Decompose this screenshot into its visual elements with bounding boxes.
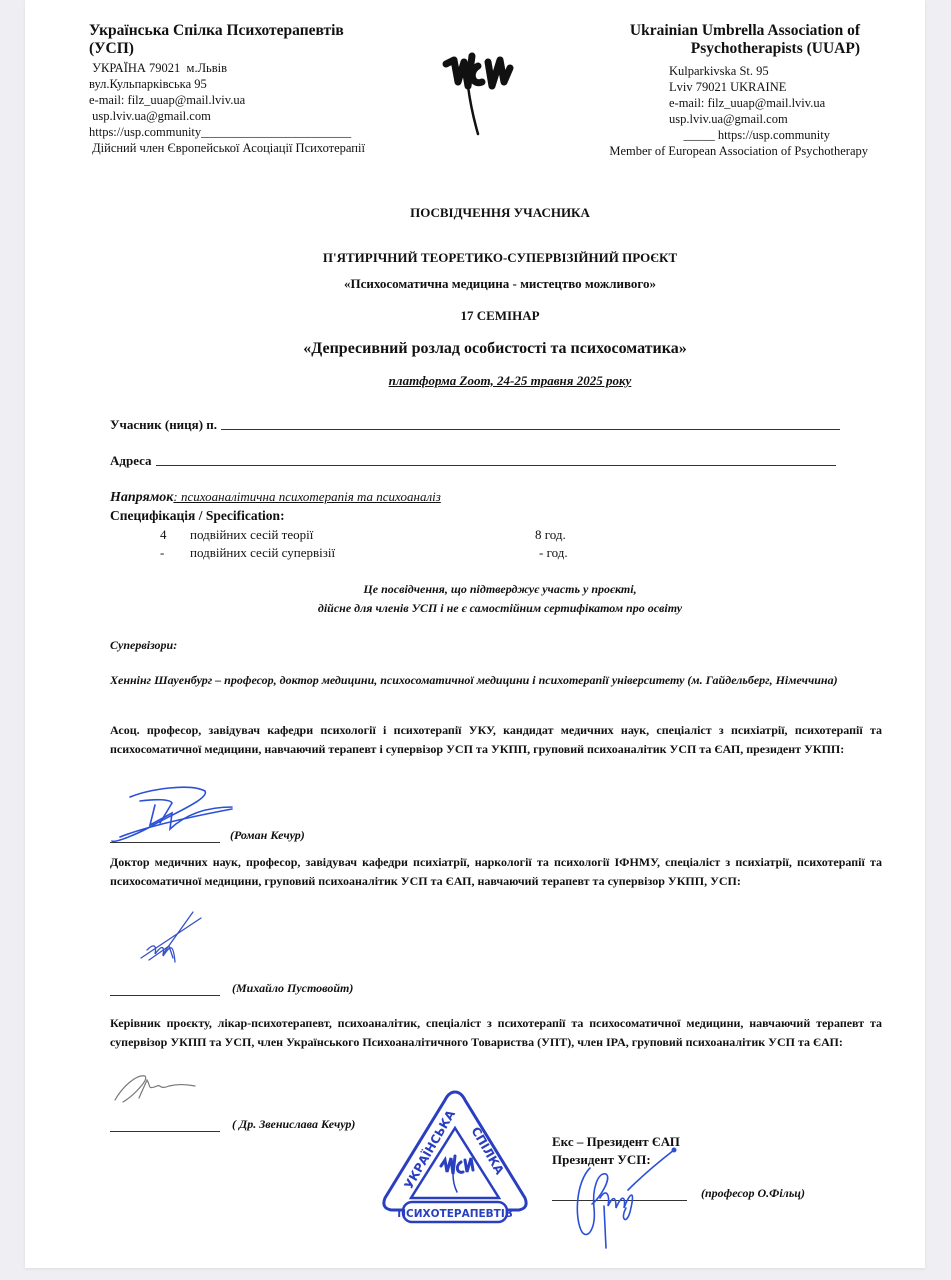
seminar-number: 17 СЕМІНАР [25, 308, 951, 324]
supervisor-schauenburg: Хеннінг Шауенбург – професор, доктор мед… [110, 671, 870, 690]
spec-desc: подвійних сесій теорії [190, 527, 535, 543]
address-field[interactable]: Адреса [110, 453, 836, 469]
signature-line [110, 1131, 220, 1132]
org-name-ukr: Українська Спілка Психотерапевтів [89, 22, 419, 40]
address-label: Адреса [110, 453, 152, 469]
address-line: Kulparkivska St. 95 [669, 63, 825, 79]
signature-line [110, 995, 220, 996]
usp-logo-icon [438, 42, 528, 137]
document-page: Українська Спілка Психотерапевтів (УСП) … [25, 0, 925, 1268]
signature-name: (Михайло Пустовойт) [232, 981, 353, 996]
stamp-text-left: УКРАЇНСЬКА [401, 1107, 459, 1192]
project-lead-kechur-z-desc: Керівник проєкту, лікар-психотерапевт, п… [110, 1014, 882, 1052]
address-line: вул.Кульпарківська 95 [89, 76, 419, 92]
membership-line: Member of European Association of Psycho… [560, 143, 868, 159]
email-line: e-mail: filz_uuap@mail.lviv.ua [669, 95, 825, 111]
header-right-footer: _____ https://usp.community Member of Eu… [560, 127, 860, 159]
project-name: «Психосоматична медицина - мистецтво мож… [25, 276, 951, 292]
note-line-1: Це посвідчення, що підтверджує участь у … [25, 580, 951, 599]
header-right-contacts: Kulparkivska St. 95 Lviv 79021 UKRAINE e… [669, 63, 825, 127]
certificate-title: ПОСВІДЧЕННЯ УЧАСНИКА [25, 205, 951, 221]
spec-hours: - год. [535, 545, 568, 561]
email-line: e-mail: filz_uuap@mail.lviv.ua [89, 92, 419, 108]
organization-stamp: УКРАЇНСЬКА СПІЛКА ПСИХОТЕРАПЕВТІВ [375, 1086, 535, 1231]
org-abbr-eng: Psychotherapists (UUAP) [560, 40, 860, 58]
direction-value: : психоаналітична психотерапія та психоа… [173, 489, 440, 504]
spec-desc: подвійних сесій супервізії [190, 545, 535, 561]
address-line: УКРАЇНА 79021 м.Львів [89, 60, 419, 76]
note-line-2: дійсне для членів УСП і не є самостійним… [25, 599, 951, 618]
spec-count: 4 [160, 527, 190, 543]
header-right-eng: Ukrainian Umbrella Association of Psycho… [560, 22, 860, 58]
spec-count: - [160, 545, 190, 561]
direction-row: Напрямок: психоаналітична психотерапія т… [110, 489, 441, 506]
address-line: Lviv 79021 UKRAINE [669, 79, 825, 95]
spec-row-theory: 4 подвійних сесій теорії 8 год. [160, 527, 600, 543]
header-left-ukr: Українська Спілка Психотерапевтів (УСП) … [89, 22, 419, 156]
signature-line [110, 842, 220, 843]
supervisor-kechur-r-desc: Асоц. професор, завідувач кафедри психол… [110, 721, 882, 759]
email-line: usp.lviv.ua@gmail.com [89, 108, 419, 124]
signature-row-kechur-r: (Роман Кечур) [110, 828, 305, 843]
supervisors-heading: Супервізори: [110, 636, 177, 655]
specification-label: Специфікація / Specification: [110, 508, 285, 524]
signature-pustovoit-icon [133, 910, 203, 975]
org-abbr-ukr: (УСП) [89, 40, 419, 58]
website-line: https://usp.community___________________… [89, 124, 419, 140]
participant-input-line[interactable] [221, 428, 840, 430]
platform-date: платформа Zoom, 24-25 травня 2025 року [25, 373, 951, 389]
project-title: П'ЯТИРІЧНИЙ ТЕОРЕТИКО-СУПЕРВІЗІЙНИЙ ПРОЄ… [25, 250, 951, 266]
participant-label: Учасник (ниця) п. [110, 417, 217, 433]
participant-field[interactable]: Учасник (ниця) п. [110, 417, 840, 433]
signature-row-kechur-z: ( Др. Звенислава Кечур) [110, 1117, 355, 1132]
signature-name: (Роман Кечур) [230, 828, 305, 843]
signature-filts-icon [570, 1148, 680, 1253]
signature-row-pustovoit: (Михайло Пустовойт) [110, 981, 353, 996]
spec-hours: 8 год. [535, 527, 566, 543]
address-input-line[interactable] [156, 464, 836, 466]
direction-label: Напрямок [110, 490, 173, 505]
membership-line: Дійсний член Європейської Асоціації Псих… [89, 140, 419, 156]
signature-kechur-z-icon [113, 1070, 203, 1115]
website-line: _____ https://usp.community [560, 127, 860, 143]
supervisor-pustovoit-desc: Доктор медичних наук, професор, завідува… [110, 853, 882, 891]
signature-name: ( Др. Звенислава Кечур) [232, 1117, 355, 1132]
stamp-text-bottom: ПСИХОТЕРАПЕВТІВ [397, 1208, 513, 1220]
signature-name: (професор О.Фільц) [701, 1186, 805, 1201]
seminar-name: «Депресивний розлад особистості та психо… [25, 340, 951, 358]
specification-list: 4 подвійних сесій теорії 8 год. - подвій… [160, 527, 600, 561]
email-line: usp.lviv.ua@gmail.com [669, 111, 825, 127]
spec-row-supervision: - подвійних сесій супервізії - год. [160, 545, 600, 561]
org-name-eng: Ukrainian Umbrella Association of [560, 22, 860, 40]
